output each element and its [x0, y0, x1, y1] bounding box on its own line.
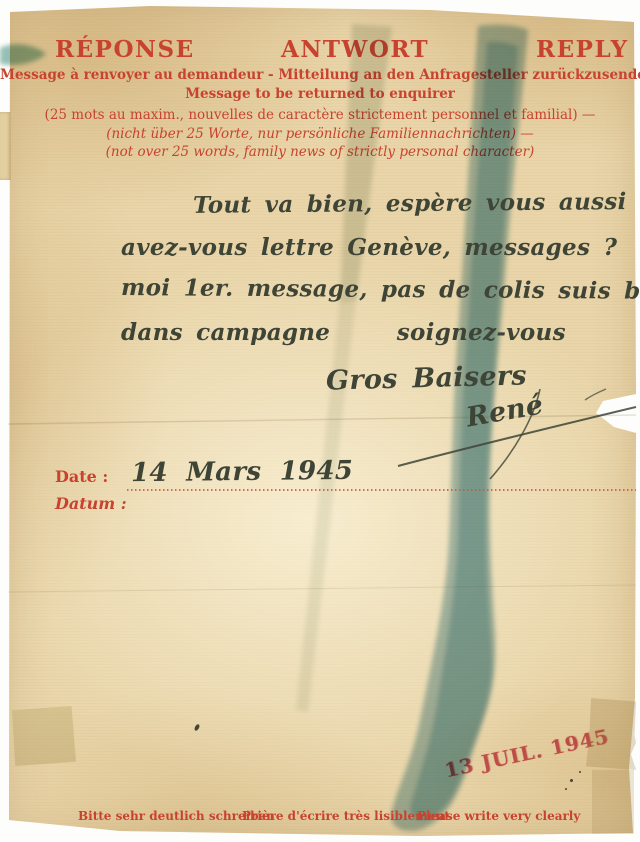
word-limit-note-german: (nicht über 25 Worte, nur persönliche Fa…	[0, 126, 640, 142]
paper-speck	[570, 779, 573, 782]
footer-note-english: Please write very clearly	[417, 809, 580, 823]
form-title-german: ANTWORT	[281, 36, 429, 63]
date-label-german: Datum :	[55, 494, 127, 513]
message-line: avez-vous lettre Genève, messages ? pour	[121, 234, 640, 261]
word-limit-note-french: (25 mots au maxim., nouvelles de caractè…	[0, 107, 640, 123]
word-limit-note-english: (not over 25 words, family news of stric…	[0, 144, 640, 160]
form-title-english: REPLY	[536, 36, 629, 63]
return-instruction-line-2: Message to be returned to enquirer	[0, 86, 640, 102]
return-instruction-line-1: Message à renvoyer au demandeur - Mittei…	[0, 67, 640, 83]
date-label-french: Date :	[55, 467, 108, 486]
tape-flap-right-edge	[592, 770, 634, 834]
message-line: moi 1er. message, pas de colis suis bien	[121, 274, 640, 305]
message-line: dans campagne soignez-vous	[121, 319, 566, 346]
tape-patch-bottom-left	[12, 706, 76, 766]
message-closing: Gros Baisers	[326, 360, 528, 396]
message-line: Tout va bien, espère vous aussi	[193, 188, 627, 219]
form-title-french: RÉPONSE	[55, 36, 195, 63]
date-dotted-line	[127, 489, 636, 491]
scanned-message-form: RÉPONSE ANTWORT REPLY Message à renvoyer…	[0, 0, 640, 842]
paper-speck	[565, 788, 567, 790]
tape-flap-right-edge	[586, 698, 636, 770]
paper-speck	[579, 771, 581, 773]
date-value: 14 Mars 1945	[131, 456, 354, 488]
